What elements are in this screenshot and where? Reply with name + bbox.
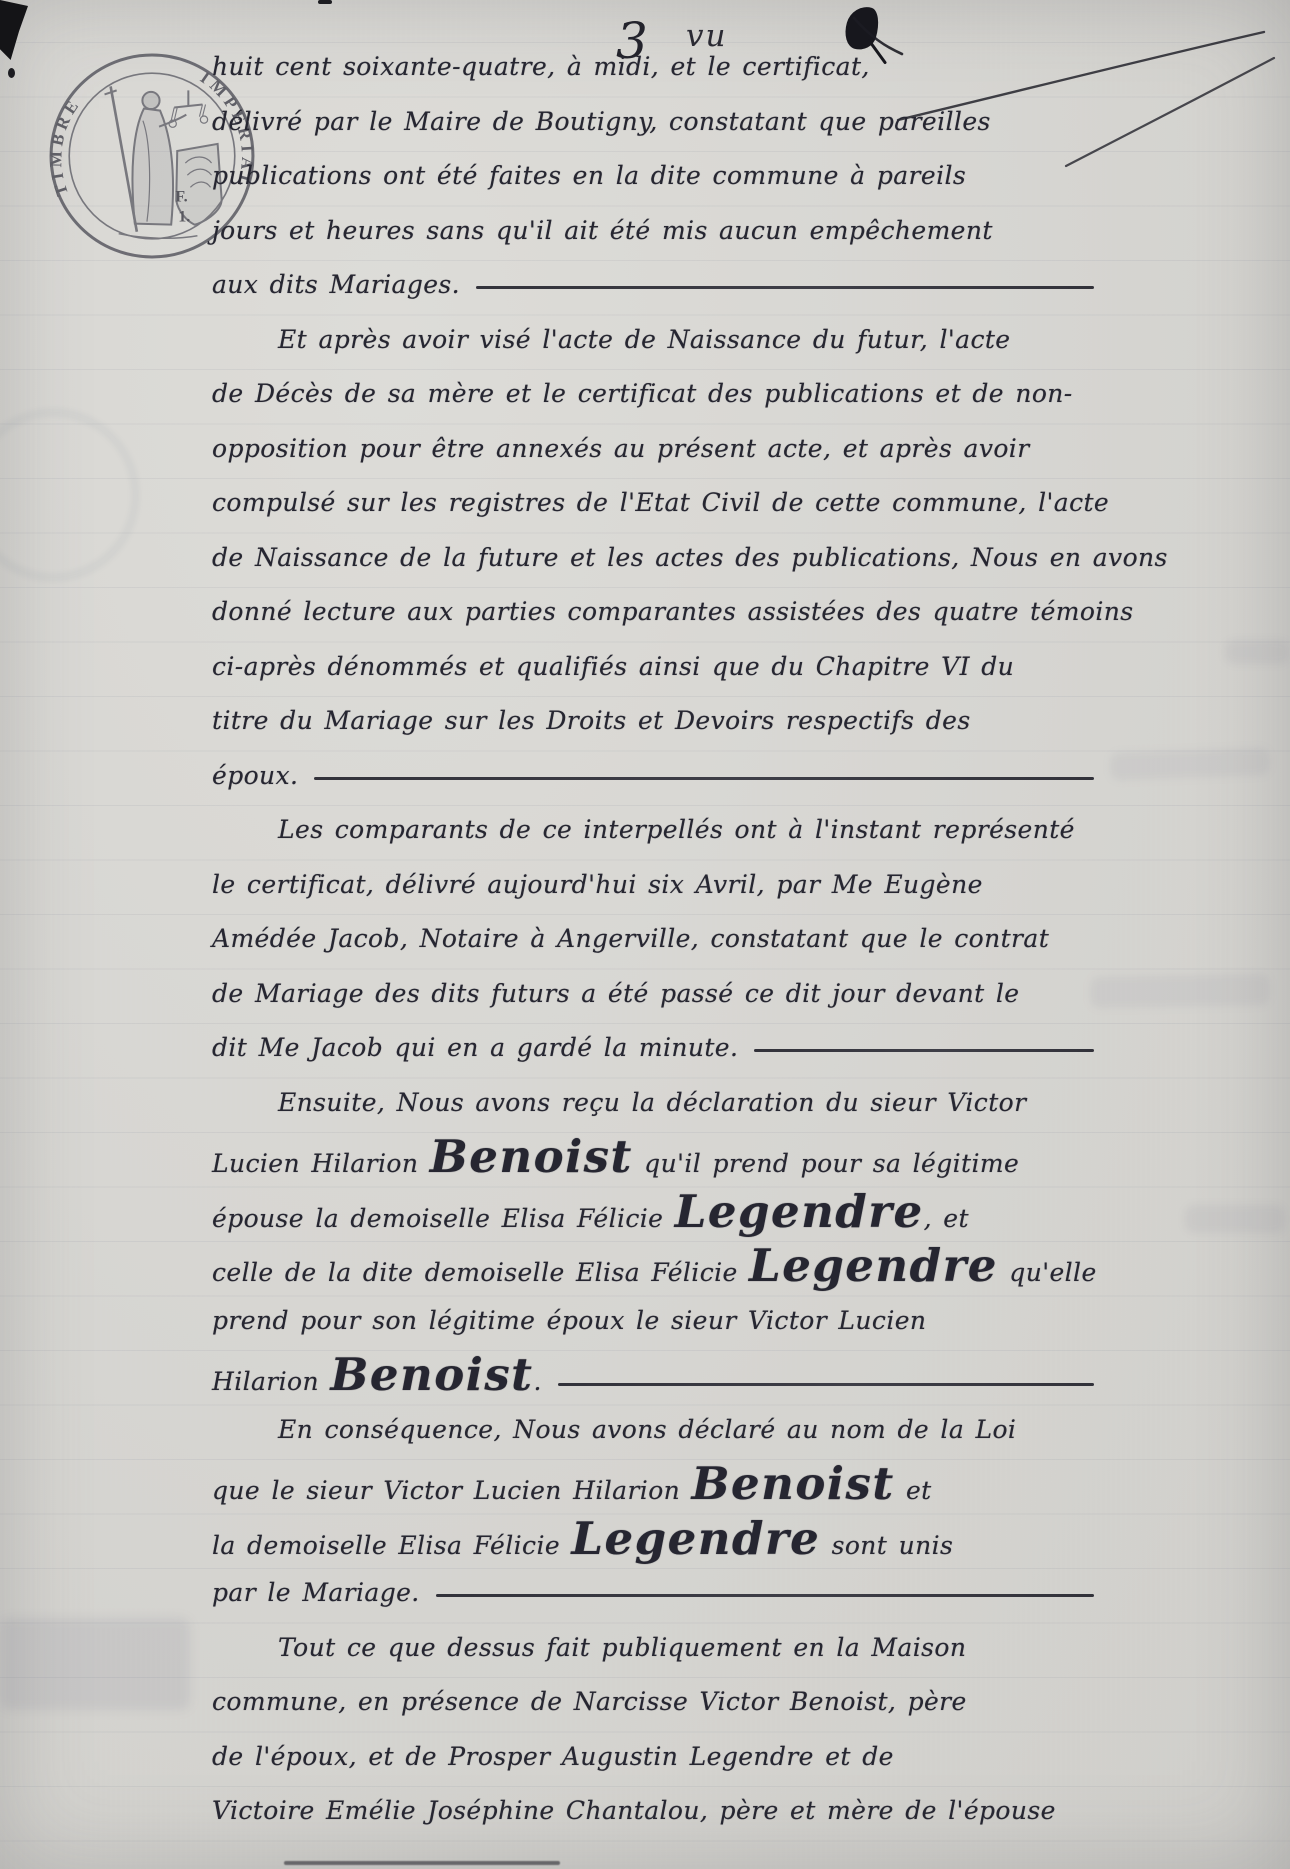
handwritten-text: que le sieur Victor Lucien Hilarion bbox=[212, 1464, 692, 1519]
document-line: commune, en présence de Narcisse Victor … bbox=[212, 1675, 1094, 1730]
bleed-through-stamp-ghost bbox=[0, 408, 140, 582]
document-line: de l'époux, et de Prosper Augustin Legen… bbox=[212, 1730, 1094, 1785]
bleed-through-ghost bbox=[1110, 747, 1271, 781]
document-line: publications ont été faites en la dite c… bbox=[212, 149, 1094, 204]
handwritten-text: opposition pour être annexés au présent … bbox=[212, 422, 1030, 477]
ink-speck bbox=[318, 0, 332, 4]
scan-corner-mark bbox=[0, 0, 28, 60]
document-line: Les comparants de ce interpellés ont à l… bbox=[212, 803, 1094, 858]
handwritten-text: sont unis bbox=[820, 1519, 953, 1574]
stamp-value-1: 1. bbox=[178, 209, 190, 226]
handwritten-text: donné lecture aux parties comparantes as… bbox=[212, 585, 1133, 640]
handwritten-text: aux dits Mariages. bbox=[212, 258, 460, 313]
handwritten-text: commune, en présence de Narcisse Victor … bbox=[212, 1675, 967, 1730]
handwritten-text: . bbox=[533, 1355, 541, 1410]
document-body: huit cent soixante-quatre, à midi, et le… bbox=[212, 40, 1094, 1839]
document-line: opposition pour être annexés au présent … bbox=[212, 422, 1094, 477]
bleed-through-ghost bbox=[1090, 973, 1271, 1008]
handwritten-text: Amédée Jacob, Notaire à Angerville, cons… bbox=[212, 912, 1049, 967]
handwritten-text: Ensuite, Nous avons reçu la déclaration … bbox=[278, 1076, 1026, 1131]
document-line: époux. bbox=[212, 749, 1094, 804]
stamp-value-f: F. bbox=[175, 188, 187, 205]
filler-rule bbox=[436, 1594, 1094, 1597]
handwritten-text: qu'elle bbox=[998, 1246, 1097, 1301]
document-line: compulsé sur les registres de l'Etat Civ… bbox=[212, 476, 1094, 531]
document-line: de Naissance de la future et les actes d… bbox=[212, 531, 1094, 586]
document-line: prend pour son légitime époux le sieur V… bbox=[212, 1294, 1094, 1349]
document-line: aux dits Mariages. bbox=[212, 258, 1094, 313]
document-line: de Mariage des dits futurs a été passé c… bbox=[212, 967, 1094, 1022]
handwritten-text: et bbox=[895, 1464, 932, 1519]
ink-speck bbox=[8, 68, 15, 78]
handwritten-text: ci-après dénommés et qualifiés ainsi que… bbox=[212, 640, 1014, 695]
document-line: ci-après dénommés et qualifiés ainsi que… bbox=[212, 640, 1094, 695]
handwritten-text: de Naissance de la future et les actes d… bbox=[212, 531, 1168, 586]
handwritten-text: publications ont été faites en la dite c… bbox=[212, 149, 966, 204]
filler-rule bbox=[558, 1383, 1094, 1386]
handwritten-text: dit Me Jacob qui en a gardé la minute. bbox=[212, 1021, 738, 1076]
document-line: de Décès de sa mère et le certificat des… bbox=[212, 367, 1094, 422]
document-line: Victoire Emélie Joséphine Chantalou, pèr… bbox=[212, 1784, 1094, 1839]
document-line: huit cent soixante-quatre, à midi, et le… bbox=[212, 40, 1094, 95]
handwritten-text: qu'il prend pour sa légitime bbox=[633, 1137, 1019, 1192]
document-line: délivré par le Maire de Boutigny, consta… bbox=[212, 95, 1094, 150]
document-line: que le sieur Victor Lucien Hilarion Beno… bbox=[212, 1457, 1094, 1512]
handwritten-text: par le Mariage. bbox=[212, 1566, 420, 1621]
document-line: Tout ce que dessus fait publiquement en … bbox=[212, 1621, 1094, 1676]
document-line: la demoiselle Elisa Félicie Legendre son… bbox=[212, 1512, 1094, 1567]
document-line: celle de la dite demoiselle Elisa Félici… bbox=[212, 1239, 1094, 1294]
handwritten-text: la demoiselle Elisa Félicie bbox=[212, 1519, 571, 1574]
calligraphic-name: Benoist bbox=[692, 1457, 895, 1512]
document-line: Et après avoir visé l'acte de Naissance … bbox=[212, 313, 1094, 368]
document-line: épouse la demoiselle Elisa Félicie Legen… bbox=[212, 1185, 1094, 1240]
document-line: jours et heures sans qu'il ait été mis a… bbox=[212, 204, 1094, 259]
calligraphic-name: Benoist bbox=[330, 1348, 533, 1403]
handwritten-text: , et bbox=[924, 1192, 969, 1247]
handwritten-text: titre du Mariage sur les Droits et Devoi… bbox=[212, 694, 971, 749]
document-line: le certificat, délivré aujourd'hui six A… bbox=[212, 858, 1094, 913]
filler-rule bbox=[476, 286, 1094, 289]
handwritten-text: Tout ce que dessus fait publiquement en … bbox=[278, 1621, 966, 1676]
handwritten-text: Les comparants de ce interpellés ont à l… bbox=[278, 803, 1075, 858]
document-line: Ensuite, Nous avons reçu la déclaration … bbox=[212, 1076, 1094, 1131]
handwritten-text: compulsé sur les registres de l'Etat Civ… bbox=[212, 476, 1109, 531]
scan-edge-mark bbox=[284, 1861, 560, 1865]
handwritten-text: épouse la demoiselle Elisa Félicie bbox=[212, 1192, 675, 1247]
handwritten-text: En conséquence, Nous avons déclaré au no… bbox=[278, 1403, 1016, 1458]
handwritten-text: de Décès de sa mère et le certificat des… bbox=[212, 367, 1073, 422]
filler-rule bbox=[754, 1049, 1094, 1052]
filler-rule bbox=[314, 777, 1094, 780]
document-line: par le Mariage. bbox=[212, 1566, 1094, 1621]
handwritten-text: de l'époux, et de Prosper Augustin Legen… bbox=[212, 1730, 894, 1785]
bleed-through-ghost bbox=[1225, 640, 1290, 664]
handwritten-text: époux. bbox=[212, 749, 298, 804]
document-line: Lucien Hilarion Benoist qu'il prend pour… bbox=[212, 1130, 1094, 1185]
handwritten-text: le certificat, délivré aujourd'hui six A… bbox=[212, 858, 983, 913]
handwritten-text: Et après avoir visé l'acte de Naissance … bbox=[278, 313, 1011, 368]
calligraphic-name: Legendre bbox=[571, 1512, 820, 1567]
calligraphic-name: Legendre bbox=[675, 1185, 924, 1240]
handwritten-text: prend pour son légitime époux le sieur V… bbox=[212, 1294, 926, 1349]
handwritten-text: de Mariage des dits futurs a été passé c… bbox=[212, 967, 1019, 1022]
handwritten-text: Victoire Emélie Joséphine Chantalou, pèr… bbox=[212, 1784, 1056, 1839]
handwritten-text: Lucien Hilarion bbox=[212, 1137, 430, 1192]
handwritten-text: Hilarion bbox=[212, 1355, 330, 1410]
handwritten-text: celle de la dite demoiselle Elisa Félici… bbox=[212, 1246, 749, 1301]
bleed-through-ghost bbox=[1185, 1205, 1285, 1233]
register-page: TIMBRE IMPERIAL F. 1. 3 vu bbox=[0, 0, 1290, 1869]
handwritten-text: délivré par le Maire de Boutigny, consta… bbox=[212, 95, 991, 150]
document-line: dit Me Jacob qui en a gardé la minute. bbox=[212, 1021, 1094, 1076]
calligraphic-name: Legendre bbox=[749, 1239, 998, 1294]
bleed-through-ghost bbox=[0, 1618, 190, 1710]
document-line: Hilarion Benoist. bbox=[212, 1348, 1094, 1403]
handwritten-text: huit cent soixante-quatre, à midi, et le… bbox=[212, 40, 870, 95]
justice-figure-icon bbox=[105, 86, 222, 238]
handwritten-text: jours et heures sans qu'il ait été mis a… bbox=[212, 204, 993, 259]
document-line: titre du Mariage sur les Droits et Devoi… bbox=[212, 694, 1094, 749]
document-line: Amédée Jacob, Notaire à Angerville, cons… bbox=[212, 912, 1094, 967]
document-line: donné lecture aux parties comparantes as… bbox=[212, 585, 1094, 640]
calligraphic-name: Benoist bbox=[430, 1130, 633, 1185]
document-line: En conséquence, Nous avons déclaré au no… bbox=[212, 1403, 1094, 1458]
